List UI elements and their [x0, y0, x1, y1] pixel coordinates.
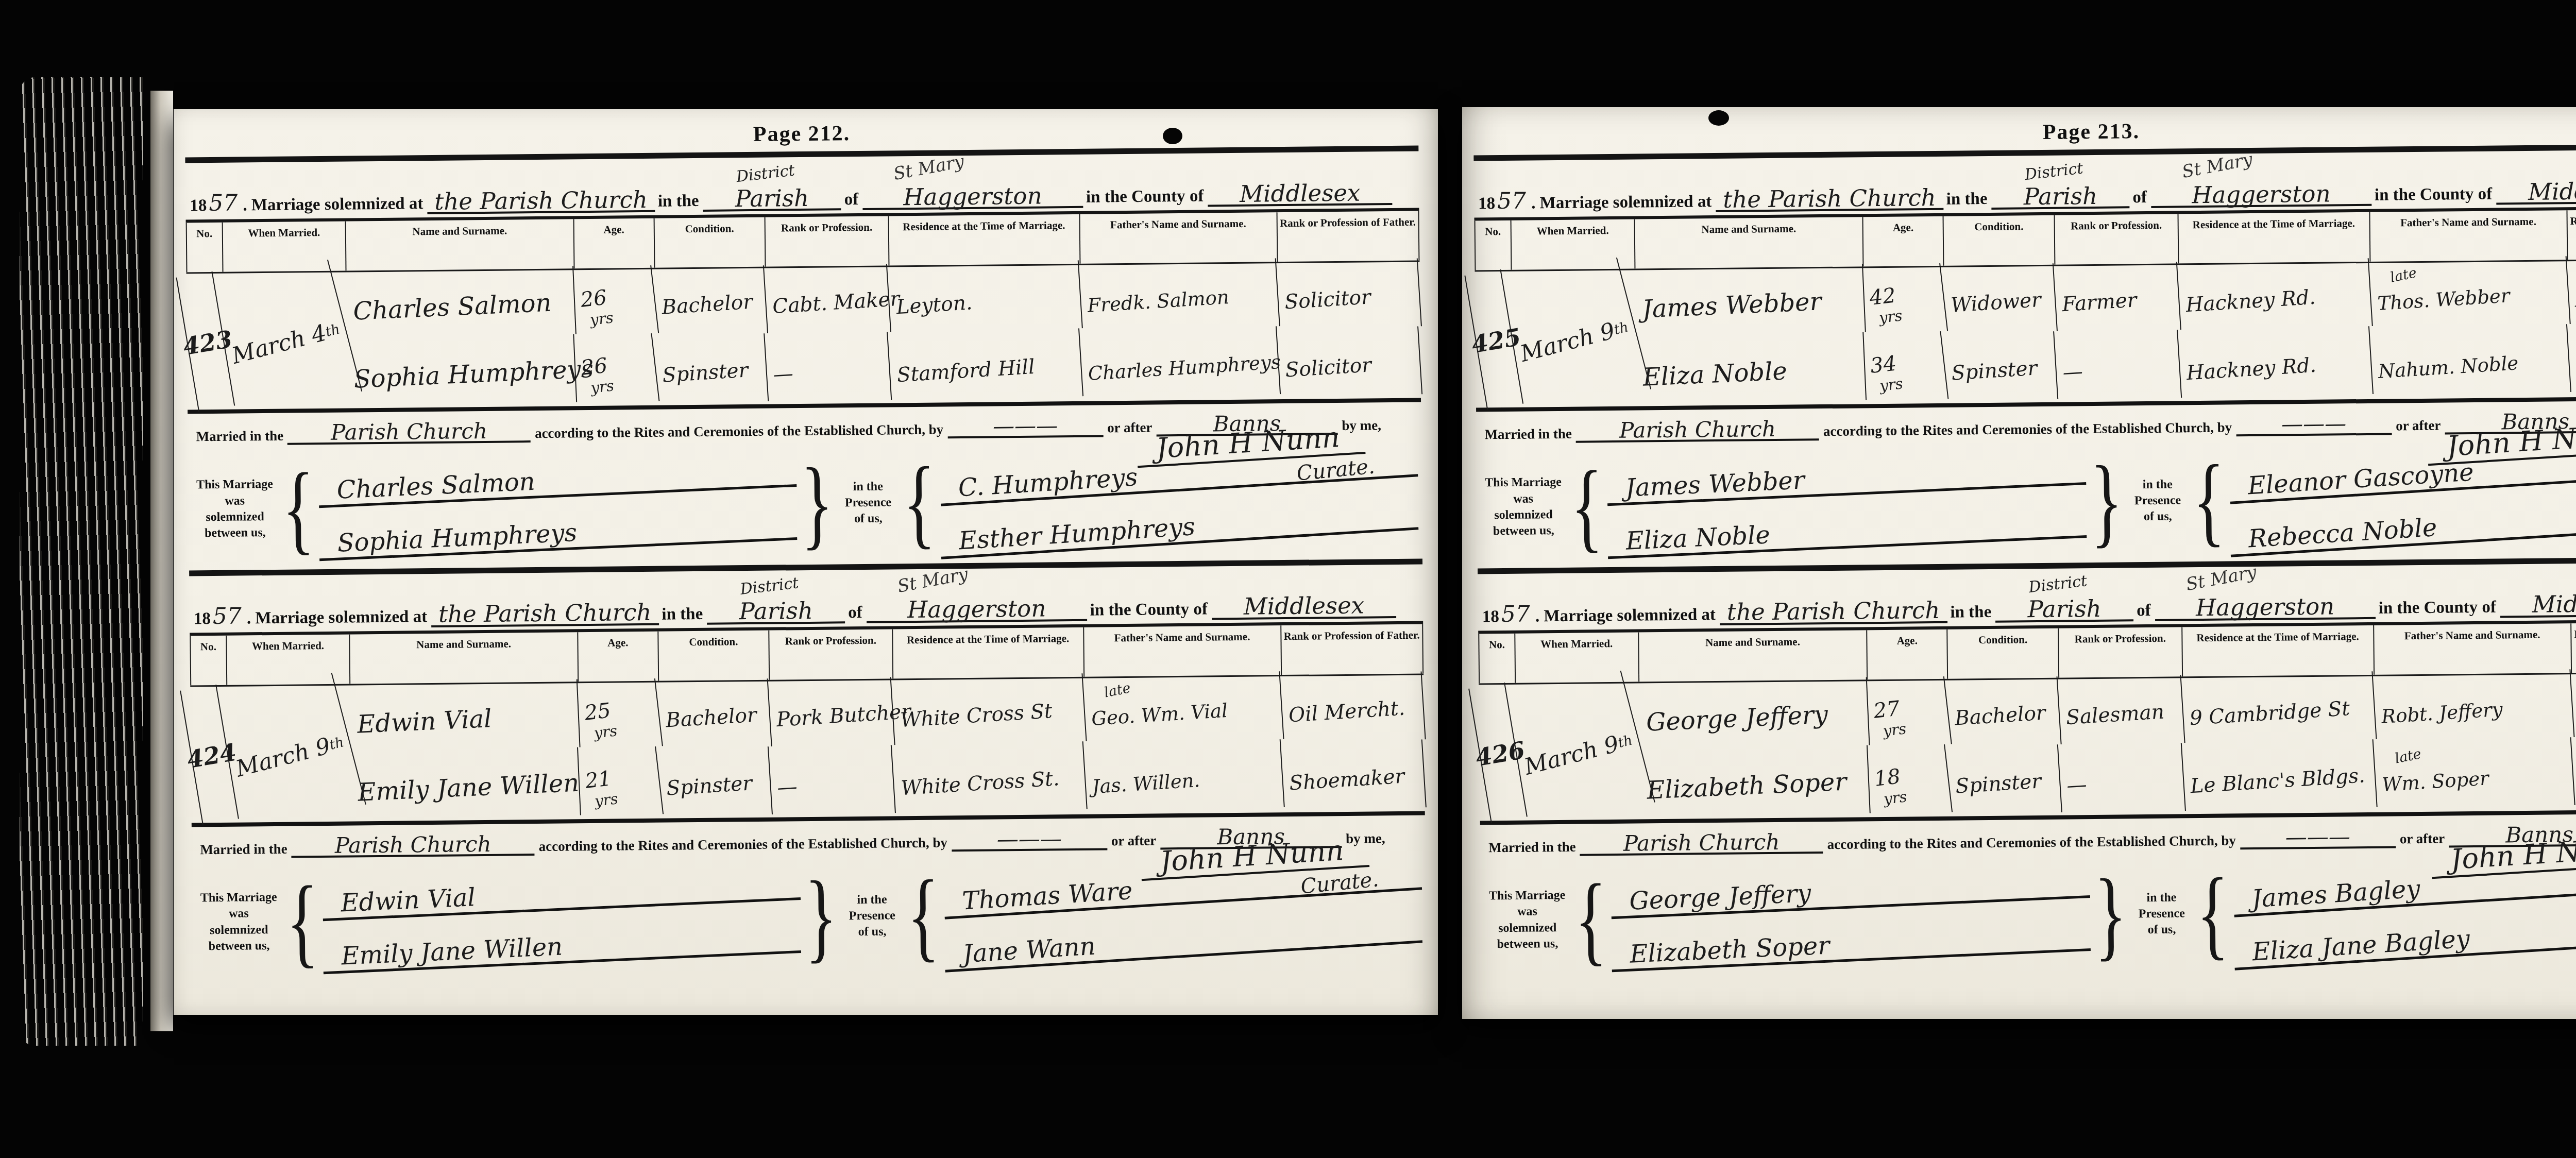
groom-age: 42yrs [1860, 263, 1948, 340]
col-header-condition: Condition. [654, 217, 766, 268]
brace-icon: } [2094, 864, 2127, 965]
col-header-rank: Rank or Profession. [2059, 627, 2183, 677]
marriage-entry-426: 1857 . Marriage solemnized at the Parish… [1478, 556, 2576, 979]
year-handwritten: 57 [1495, 188, 1528, 215]
col-header-father: Father's Name and Surname. [1080, 212, 1278, 264]
county-of-label: in the County of [2378, 598, 2496, 618]
couple-signatures: George Jeffery Elizabeth Soper [1611, 871, 2091, 964]
groom-profession: Cabt. Maker [764, 264, 891, 339]
bride-father: Charles Humphreys [1079, 326, 1280, 406]
bride-father-rank: Shoemaker [1281, 739, 1427, 816]
col-header-name: Name and Surname. [1639, 630, 1868, 682]
county-of-label: in the County of [2375, 185, 2493, 205]
col-header-name: Name and Surname. [1635, 217, 1864, 268]
groom-signature: George Jeffery [1611, 866, 2091, 919]
presence-label: in thePresenceof us, [2130, 890, 2193, 939]
witness-2-signature: Esther Humphreys [939, 498, 1418, 559]
of-label: of [844, 190, 858, 209]
in-the-label: in the [1946, 190, 1988, 209]
groom-residence: 9 Cambridge St [2181, 671, 2377, 751]
marriage-entry-425: 1857 . Marriage solemnized at the Parish… [1473, 144, 2576, 567]
district-annotation: District [739, 576, 799, 597]
entry-header-line: 1857 . Marriage solemnized at the Parish… [1473, 149, 2576, 218]
bride-signature: Sophia Humphreys [318, 508, 798, 561]
groom-father: lateGeo. Wm. Vial [1083, 671, 1284, 751]
couple-signatures: Charles Salmon Sophia Humphreys [318, 459, 798, 553]
groom-name: Charles Salmon [346, 266, 577, 345]
groom-father: lateThos. Webber [2369, 256, 2570, 336]
col-header-father-rank: Rank or Profession of Father. [2568, 209, 2576, 260]
solemnized-label: . Marriage solemnized at [1531, 192, 1711, 213]
bride-name: Sophia Humphreys [346, 334, 577, 413]
bride-name: Emily Jane Willen [350, 747, 581, 825]
brace-icon: { [1570, 456, 1603, 557]
parish-name: Haggerston [2192, 180, 2331, 209]
presence-label: in thePresenceof us, [2127, 476, 2189, 525]
bride-age: 34yrs [1861, 331, 1949, 408]
table-body: 423 March 4th Charles Salmon 26yrs Bache… [187, 262, 1421, 414]
entry-header-line: 1857 . Marriage solemnized at the Parish… [1478, 562, 2576, 631]
bride-signature: Eliza Noble [1607, 506, 2087, 559]
col-header-residence: Residence at the Time of Marriage. [893, 627, 1084, 679]
brace-icon: { [1574, 869, 1607, 970]
st-mary-annotation: St Mary [896, 567, 969, 595]
bride-condition: Spinster [654, 333, 769, 408]
groom-age: 26yrs [571, 265, 659, 342]
col-header-residence: Residence at the Time of Marriage. [2182, 625, 2375, 677]
brace-icon: { [907, 865, 940, 966]
solemnized-label: . Marriage solemnized at [243, 194, 423, 215]
solemnized-label: . Marriage solemnized at [1535, 605, 1716, 626]
groom-name: James Webber [1634, 264, 1866, 343]
year-handwritten: 57 [1499, 601, 1532, 627]
married-in-label: Married in the [1488, 839, 1576, 856]
church-name: the Parish Church [1716, 187, 1943, 212]
of-label: of [2132, 188, 2147, 207]
brace-icon: { [2196, 863, 2229, 964]
rites-label: according to the Rites and Ceremonies of… [1823, 419, 2232, 439]
county-of-label: in the County of [1086, 187, 1204, 207]
brace-icon: { [286, 871, 319, 972]
year-handwritten: 57 [211, 603, 244, 629]
bride-condition: Spinster [1943, 331, 2059, 406]
this-marriage-label: This Marriagewassolemnizedbetween us, [191, 476, 278, 541]
st-mary-annotation: St Mary [2181, 151, 2254, 180]
married-in-church: Parish Church [1576, 419, 1819, 442]
parish-name: Haggerston [2196, 593, 2335, 622]
groom-condition: Bachelor [653, 265, 768, 340]
signature-section: This Marriagewassolemnizedbetween us, { … [1477, 444, 2576, 566]
parish-word: Parish [735, 184, 809, 212]
married-in-label: Married in the [1484, 426, 1572, 443]
bride-father: Jas. Willen. [1083, 739, 1284, 819]
col-header-no: No. [1475, 220, 1512, 270]
col-header-rank: Rank or Profession. [766, 216, 889, 266]
bride-residence: White Cross St. [892, 741, 1088, 821]
district-annotation: District [735, 163, 795, 184]
groom-father-rank: Solicitor [1276, 258, 1422, 335]
bride-father: lateWm. Soper [2374, 737, 2575, 818]
county-name: Middlesex [2500, 593, 2576, 618]
year-printed: 18 [190, 196, 207, 215]
in-the-label: in the [658, 192, 699, 211]
of-label: of [2137, 601, 2151, 620]
groom-father-rank: Oil Mercht. [1280, 671, 1426, 748]
witness-2-signature: Rebecca Noble [2229, 496, 2576, 557]
bride-condition: Spinster [658, 746, 773, 821]
bride-age: 18yrs [1865, 744, 1953, 821]
table-header-row: No. When Married. Name and Surname. Age.… [1475, 206, 2576, 272]
of-label: of [848, 603, 862, 622]
by-licence-blank: ——— [2236, 413, 2392, 436]
groom-profession: Pork Butcher [768, 677, 895, 753]
parish-word: Parish [2027, 595, 2102, 623]
col-header-no: No. [1478, 634, 1516, 684]
in-the-label: in the [1950, 603, 1991, 622]
solemnized-label: . Marriage solemnized at [247, 607, 427, 628]
groom-condition: Bachelor [1946, 676, 2062, 751]
groom-condition: Widower [1942, 263, 2058, 338]
stacked-page-edges [20, 77, 143, 1046]
minister-signature: John H NunnCurate. [1137, 425, 1365, 491]
year-printed: 18 [1482, 607, 1499, 626]
col-header-father: Father's Name and Surname. [2370, 210, 2568, 262]
married-in-label: Married in the [200, 841, 287, 858]
church-name: the Parish Church [427, 189, 655, 214]
groom-signature: James Webber [1606, 453, 2087, 506]
county-name: Middlesex [2496, 180, 2576, 205]
married-in-church: Parish Church [287, 421, 531, 445]
couple-signatures: James Webber Eliza Noble [1606, 457, 2087, 551]
this-marriage-label: This Marriagewassolemnizedbetween us, [195, 890, 282, 955]
bride-signature: Emily Jane Willen [323, 922, 802, 974]
col-header-father-rank: Rank or Profession of Father. [2571, 622, 2576, 673]
bride-age: 26yrs [572, 333, 659, 410]
bride-residence: Hackney Rd. [2178, 326, 2373, 406]
groom-age: 25yrs [575, 678, 663, 755]
presence-label: in thePresenceof us, [841, 892, 903, 941]
col-header-condition: Condition. [1947, 628, 2059, 678]
table-body: 424 March 9th Edwin Vial 25yrs Bachelor … [190, 675, 1425, 827]
bride-signature: Elizabeth Soper [1611, 919, 2091, 972]
marriage-entry-423: 1857 . Marriage solemnized at the Parish… [185, 146, 1422, 569]
bride-name: Eliza Noble [1635, 332, 1866, 411]
col-header-father-rank: Rank or Profession of Father. [1281, 624, 1423, 675]
groom-name: George Jeffery [1638, 677, 1870, 755]
col-header-condition: Condition. [1944, 215, 2056, 266]
signature-section: This Marriagewassolemnizedbetween us, { … [1481, 857, 2576, 979]
col-header-father-rank: Rank or Profession of Father. [1277, 211, 1419, 262]
groom-profession: Salesman [2058, 675, 2185, 751]
col-header-no: No. [186, 223, 224, 273]
this-marriage-label: This Marriagewassolemnizedbetween us, [1480, 474, 1567, 539]
county-name: Middlesex [1212, 595, 1396, 620]
bride-residence: Le Blanc's Bldgs. [2182, 739, 2377, 819]
col-header-name: Name and Surname. [346, 219, 575, 270]
groom-signature: Edwin Vial [322, 868, 801, 921]
right-page: Page 213. 1857 . Marriage solemnized at … [1462, 107, 2576, 1019]
married-in-label: Married in the [196, 428, 283, 445]
groom-condition: Bachelor [657, 678, 772, 753]
this-marriage-label: This Marriagewassolemnizedbetween us, [1484, 888, 1571, 952]
left-page: Page 212. 1857 . Marriage solemnized at … [174, 109, 1438, 1015]
parish-word: Parish [739, 597, 813, 625]
church-name: the Parish Church [431, 602, 659, 627]
rites-label: according to the Rites and Ceremonies of… [535, 421, 944, 441]
groom-father: Robt. Jeffery [2373, 669, 2574, 750]
minister-signature: John H NunnCurate. [2431, 836, 2576, 901]
groom-residence: Leyton. [888, 260, 1083, 340]
table-body: 426 March 9th George Jeffery 27yrs Bache… [1479, 673, 2576, 825]
presence-label: in thePresenceof us, [837, 479, 900, 527]
col-header-age: Age. [578, 632, 659, 682]
col-header-no: No. [190, 636, 227, 686]
col-header-age: Age. [574, 218, 655, 268]
bride-age: 21yrs [576, 746, 664, 823]
bride-profession: — [769, 745, 896, 821]
st-mary-annotation: St Mary [892, 154, 965, 182]
page-stack-edge [150, 91, 173, 1031]
groom-name: Edwin Vial [349, 679, 580, 757]
groom-residence: Hackney Rd. [2177, 258, 2372, 338]
in-the-label: in the [662, 605, 703, 624]
couple-signatures: Edwin Vial Emily Jane Willen [322, 873, 801, 966]
col-header-rank: Rank or Profession. [2055, 214, 2179, 264]
table-header-row: No. When Married. Name and Surname. Age.… [1478, 619, 2576, 685]
brace-icon: { [903, 452, 936, 553]
brace-icon: } [2090, 451, 2123, 552]
brace-icon: } [804, 866, 837, 967]
col-header-name: Name and Surname. [350, 632, 579, 684]
groom-father: Fredk. Salmon [1079, 258, 1280, 338]
bride-name: Elizabeth Soper [1639, 745, 1870, 823]
col-header-rank: Rank or Profession. [769, 629, 893, 679]
minister-signature: John H NunnCurate. [2427, 423, 2576, 489]
col-header-father: Father's Name and Surname. [2374, 623, 2572, 675]
bride-profession: — [2058, 743, 2186, 819]
bride-father: Nahum. Noble [2369, 324, 2571, 404]
st-mary-annotation: St Mary [2184, 565, 2258, 593]
county-name: Middlesex [1208, 182, 1392, 207]
church-name: the Parish Church [1720, 600, 1947, 625]
groom-signature: Charles Salmon [318, 455, 797, 508]
col-header-father: Father's Name and Surname. [1084, 625, 1282, 677]
brace-icon: } [801, 453, 834, 554]
bride-condition: Spinster [1947, 744, 2062, 819]
bride-profession: — [2055, 330, 2182, 405]
marriage-entry-424: 1857 . Marriage solemnized at the Parish… [189, 558, 1427, 981]
groom-profession: Farmer [2054, 262, 2181, 337]
year-printed: 18 [1478, 194, 1495, 213]
groom-residence: White Cross St [892, 673, 1087, 753]
brace-icon: { [282, 458, 315, 559]
married-in-church: Parish Church [292, 834, 535, 858]
district-annotation: District [2028, 574, 2088, 595]
district-annotation: District [2024, 161, 2083, 182]
brace-icon: { [2192, 450, 2225, 551]
parish-name: Haggerston [903, 182, 1042, 211]
married-in-church: Parish Church [1580, 832, 1823, 856]
rites-label: according to the Rites and Ceremonies of… [539, 835, 948, 855]
witness-2-signature: Eliza Jane Bagley [2233, 909, 2576, 970]
col-header-condition: Condition. [658, 630, 770, 680]
by-licence-blank: ——— [952, 828, 1107, 852]
groom-age: 27yrs [1865, 676, 1952, 753]
col-header-residence: Residence at the Time of Marriage. [2178, 212, 2370, 264]
county-of-label: in the County of [1090, 600, 1208, 620]
col-header-residence: Residence at the Time of Marriage. [889, 214, 1080, 266]
table-body: 425 March 9th James Webber 42yrs Widower… [1475, 260, 2576, 412]
bride-residence: Stamford Hill [888, 328, 1083, 408]
bride-father-rank: Solicitor [1277, 326, 1422, 403]
parish-word: Parish [2024, 182, 2098, 210]
col-header-age: Age. [1863, 216, 1944, 266]
register-book: Page 212. 1857 . Marriage solemnized at … [0, 0, 2576, 1158]
year-handwritten: 57 [207, 190, 240, 217]
year-printed: 18 [194, 609, 211, 628]
col-header-age: Age. [1868, 629, 1948, 679]
parish-name: Haggerston [907, 595, 1046, 624]
bride-profession: — [765, 332, 892, 407]
witness-2-signature: Jane Wann [943, 911, 1422, 972]
by-licence-blank: ——— [947, 415, 1103, 438]
minister-signature: John H NunnCurate. [1140, 838, 1369, 904]
by-licence-blank: ——— [2240, 826, 2396, 849]
rites-label: according to the Rites and Ceremonies of… [1827, 832, 2236, 853]
